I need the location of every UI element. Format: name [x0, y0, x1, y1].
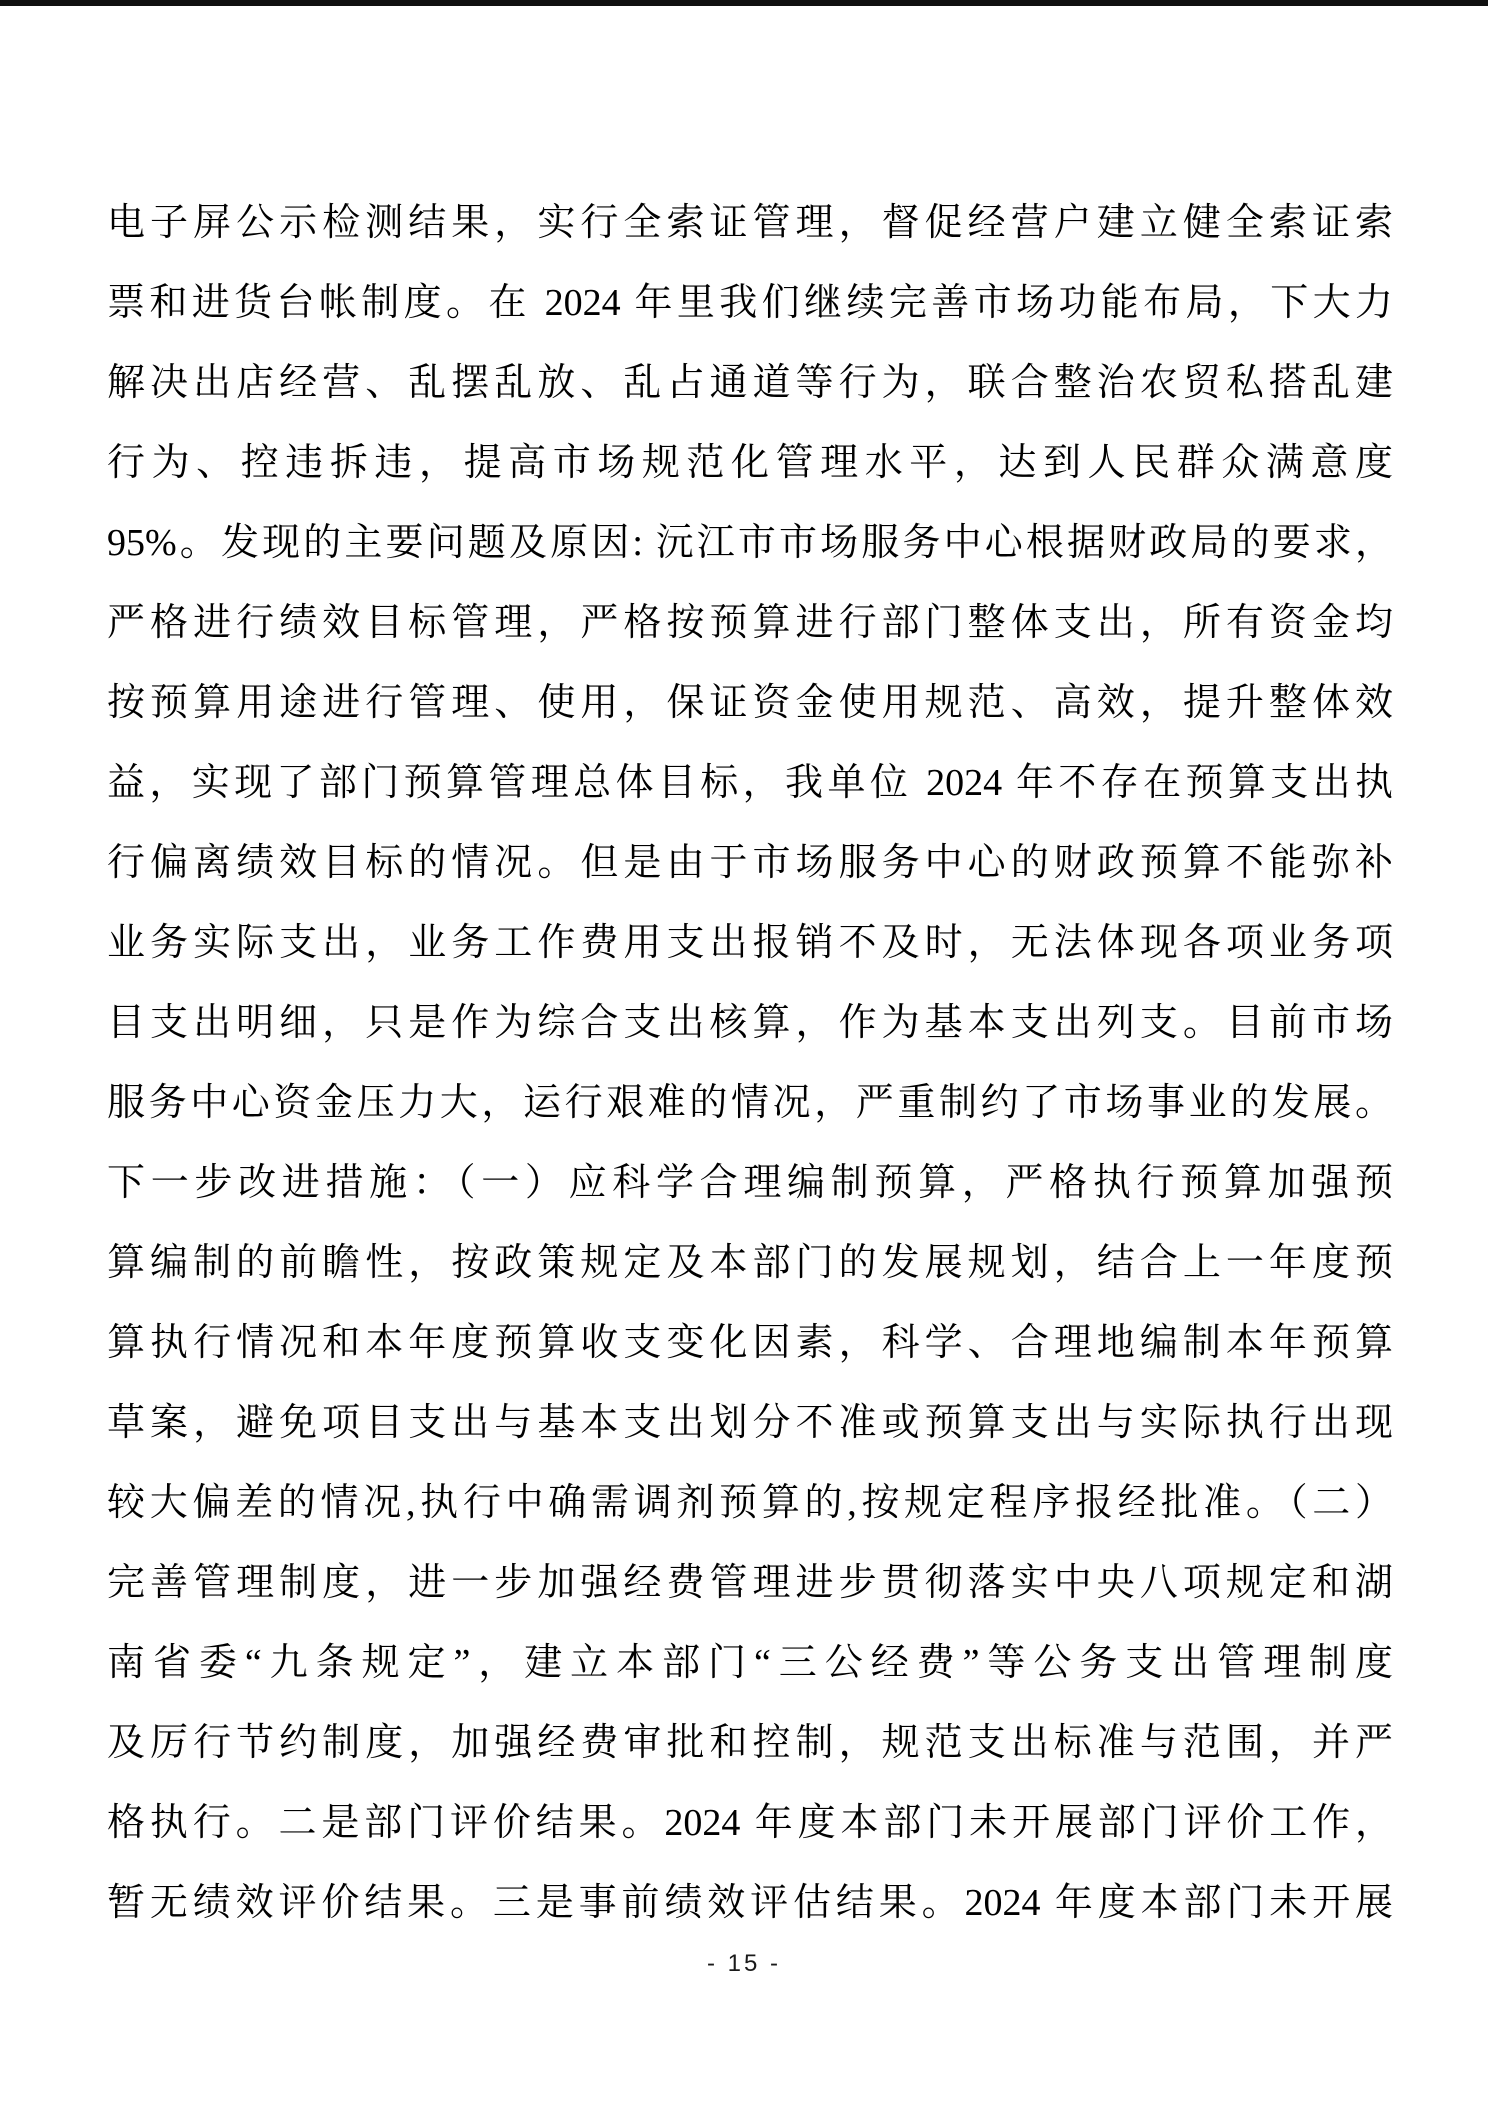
text-line: 目支出明细，只是作为综合支出核算，作为基本支出列支。目前市场	[107, 983, 1393, 1063]
text-line: 服务中心资金压力大，运行艰难的情况，严重制约了市场事业的发展。	[107, 1063, 1393, 1143]
text-line: 电子屏公示检测结果，实行全索证管理，督促经营户建立健全索证索	[107, 183, 1393, 263]
page-top-border	[0, 0, 1488, 6]
text-line: 草案，避免项目支出与基本支出划分不准或预算支出与实际执行出现	[107, 1383, 1393, 1463]
document-page: 电子屏公示检测结果，实行全索证管理，督促经营户建立健全索证索 票和进货台帐制度。…	[0, 0, 1488, 2104]
text-line: 算执行情况和本年度预算收支变化因素，科学、合理地编制本年预算	[107, 1303, 1393, 1383]
text-line: 及厉行节约制度，加强经费审批和控制，规范支出标准与范围，并严	[107, 1703, 1393, 1783]
text-line: 行为、控违拆违，提高市场规范化管理水平，达到人民群众满意度	[107, 423, 1393, 503]
text-line: 行偏离绩效目标的情况。但是由于市场服务中心的财政预算不能弥补	[107, 823, 1393, 903]
text-line: 完善管理制度，进一步加强经费管理进步贯彻落实中央八项规定和湖	[107, 1543, 1393, 1623]
text-line: 益，实现了部门预算管理总体目标，我单位 2024 年不存在预算支出执	[107, 743, 1393, 823]
body-text: 电子屏公示检测结果，实行全索证管理，督促经营户建立健全索证索 票和进货台帐制度。…	[107, 183, 1393, 1943]
text-line: 解决出店经营、乱摆乱放、乱占通道等行为，联合整治农贸私搭乱建	[107, 343, 1393, 423]
text-line: 南省委“九条规定”，建立本部门“三公经费”等公务支出管理制度	[107, 1623, 1393, 1703]
page-number: - 15 -	[0, 1950, 1488, 1978]
text-line: 算编制的前瞻性，按政策规定及本部门的发展规划，结合上一年度预	[107, 1223, 1393, 1303]
text-line: 暂无绩效评价结果。三是事前绩效评估结果。2024 年度本部门未开展	[107, 1863, 1393, 1943]
text-line: 票和进货台帐制度。在 2024 年里我们继续完善市场功能布局，下大力	[107, 263, 1393, 343]
text-line: 格执行。二是部门评价结果。2024 年度本部门未开展部门评价工作，	[107, 1783, 1393, 1863]
text-line: 严格进行绩效目标管理，严格按预算进行部门整体支出，所有资金均	[107, 583, 1393, 663]
text-line: 较大偏差的情况,执行中确需调剂预算的,按规定程序报经批准。（二）	[107, 1463, 1393, 1543]
text-line: 95%。发现的主要问题及原因: 沅江市市场服务中心根据财政局的要求，	[107, 503, 1393, 583]
text-line: 下一步改进措施：（一）应科学合理编制预算，严格执行预算加强预	[107, 1143, 1393, 1223]
text-line: 业务实际支出，业务工作费用支出报销不及时，无法体现各项业务项	[107, 903, 1393, 983]
text-line: 按预算用途进行管理、使用，保证资金使用规范、高效，提升整体效	[107, 663, 1393, 743]
